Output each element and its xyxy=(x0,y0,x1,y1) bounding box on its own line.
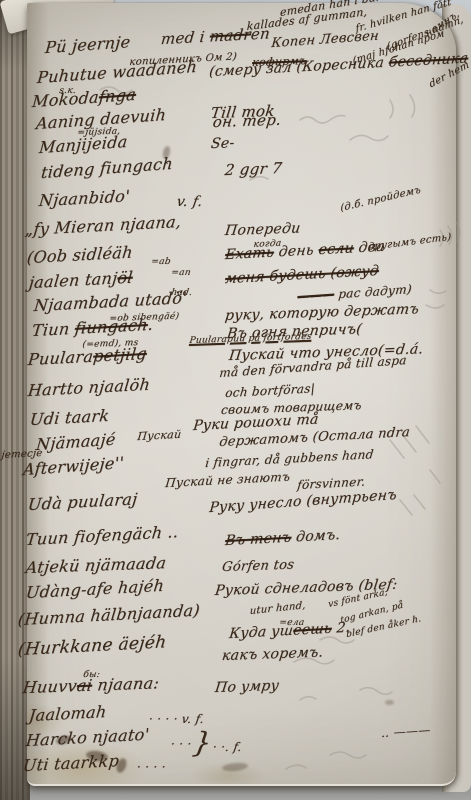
swedish-gloss: 2 ggr 7 xyxy=(224,159,283,179)
native-word: (Hurkkane äejéh xyxy=(17,632,168,660)
native-word: Hartto njaalöh xyxy=(27,375,151,401)
native-word: (Oob sidléäh xyxy=(26,242,134,267)
native-word: Tiun fiungach. xyxy=(31,315,154,340)
ink-mark: } xyxy=(191,726,214,759)
native-word: Atjekü njämaada xyxy=(25,553,168,577)
native-word: Puhutue waadaneh xyxy=(36,57,198,87)
ink-mark: · ·. f. xyxy=(212,740,243,754)
ink-mark: · · · xyxy=(170,737,193,751)
native-word: Puularapetjilg xyxy=(27,344,148,369)
native-word: Jaalomah xyxy=(28,702,108,725)
annotation: Пускай xyxy=(137,428,182,443)
swedish-gloss: Se- xyxy=(210,135,235,152)
russian-gloss: какъ хоремъ. xyxy=(221,644,324,664)
russian-gloss: Въ тенъ домъ. xyxy=(224,527,341,549)
native-word: jaalen tanjöl xyxy=(28,268,134,293)
manuscript-photo: emedan han i barndomenkallades af gumman… xyxy=(0,0,471,800)
native-word: Huuvvai njaana: xyxy=(22,673,161,697)
native-word: Tuun fiоfengäch .. xyxy=(25,522,180,549)
annotation: utur hand, xyxy=(249,600,306,617)
native-word: Udàng-afe hajéh xyxy=(25,576,165,602)
native-word: Uti taarkkp xyxy=(22,751,120,775)
native-word: „fy Mieran njaana, xyxy=(24,212,182,239)
handwriting-layer: emedan han i barndomenkallades af gumman… xyxy=(0,0,471,800)
native-word: tideng fiungach xyxy=(40,154,173,182)
native-word: Udà puularaj xyxy=(27,489,138,514)
russian-gloss: Ехать день если два xyxy=(224,239,385,263)
native-word: Njämaajé xyxy=(35,429,116,454)
annotation: ——— рас дадут) xyxy=(297,282,413,304)
russian-gloss: он. тер. xyxy=(212,111,283,131)
russian-gloss: Копен Левсвен xyxy=(271,28,380,51)
native-word: Njaanbido' xyxy=(38,186,131,210)
annotation: =an xyxy=(170,268,191,278)
native-word: Pü jeernje xyxy=(44,32,131,57)
russian-gloss: Попереди xyxy=(224,220,301,239)
ink-mark: · · · · xyxy=(136,760,167,774)
native-word: Njaambada utadö' xyxy=(33,288,188,315)
ink-mark: · · · · v. f. xyxy=(148,712,205,726)
russian-gloss: (смеру зал (Коресника беседника xyxy=(208,50,469,80)
swedish-gloss: i fingrar, då gubbens hand xyxy=(205,447,375,470)
annotation: =ab xyxy=(150,257,171,267)
russian-gloss: Куда ушеешь 2. xyxy=(228,620,351,642)
native-word: Harcko njaato' xyxy=(25,725,150,751)
swedish-gloss: med i madren xyxy=(160,24,271,48)
annotation: Puularapuu på fortfordes xyxy=(189,332,313,346)
russian-gloss: руку, которую держатъ xyxy=(224,301,420,324)
russian-gloss: Пускай не знаютъ xyxy=(165,469,291,490)
russian-gloss: меня будешь (ожуд xyxy=(224,263,379,287)
swedish-gloss: v. f. xyxy=(175,194,203,210)
native-word: Manjijeida xyxy=(38,132,128,157)
ink-mark: ‥ ——— xyxy=(381,723,431,741)
swedish-gloss: och bortföras| xyxy=(225,381,316,400)
native-word: (Humna hälbnjaanda) xyxy=(17,600,201,629)
annotation: (д.б. пройдемъ xyxy=(340,184,421,214)
russian-gloss: По умру xyxy=(214,678,280,696)
swedish-gloss: Górfen tos xyxy=(221,557,295,575)
native-word: Udi taark xyxy=(29,406,110,429)
